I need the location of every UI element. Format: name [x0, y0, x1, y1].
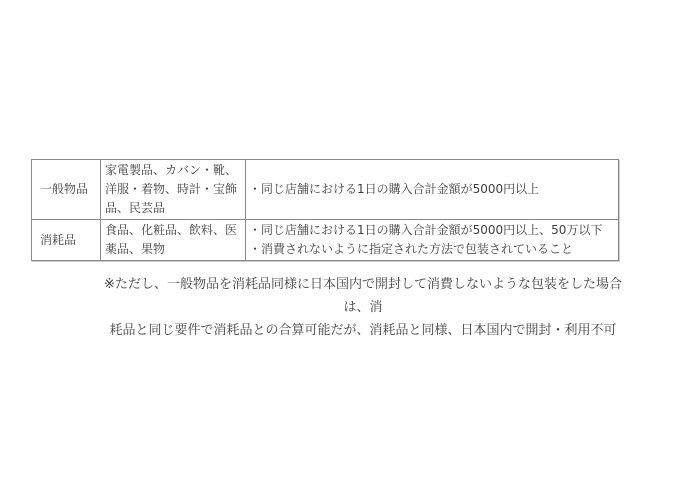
footnote-line-2: 耗品と同じ要件で消耗品との合算可能だが、消耗品と同様、日本国内で開封・利用不可: [98, 319, 628, 342]
table-row-consumables: 消耗品 食品、化粧品、飲料、医薬品、果物 ・同じ店舗における1日の購入合計金額が…: [32, 220, 619, 261]
condition-line: ・同じ店舗における1日の購入合計金額が5000円以上、50万以下: [249, 221, 614, 240]
footnote: ※ただし、一般物品を消耗品同様に日本国内で開封して消費しないような包装をした場合…: [98, 273, 628, 342]
items-cell: 家電製品、カバン・靴、洋服・着物、時計・宝飾品、民芸品: [101, 160, 246, 220]
items-cell: 食品、化粧品、飲料、医薬品、果物: [101, 220, 246, 261]
condition-line: ・消費されないように指定された方法で包装されていること: [249, 240, 614, 259]
category-cell: 一般物品: [32, 160, 101, 220]
document-page: 一般物品 家電製品、カバン・靴、洋服・着物、時計・宝飾品、民芸品 ・同じ店舗にお…: [0, 0, 686, 490]
tax-free-categories-table: 一般物品 家電製品、カバン・靴、洋服・着物、時計・宝飾品、民芸品 ・同じ店舗にお…: [31, 159, 619, 261]
footnote-line-1: ※ただし、一般物品を消耗品同様に日本国内で開封して消費しないような包装をした場合…: [98, 273, 628, 319]
conditions-cell: ・同じ店舗における1日の購入合計金額が5000円以上、50万以下 ・消費されない…: [246, 220, 619, 261]
conditions-cell: ・同じ店舗における1日の購入合計金額が5000円以上: [246, 160, 619, 220]
category-cell: 消耗品: [32, 220, 101, 261]
table-row-general-goods: 一般物品 家電製品、カバン・靴、洋服・着物、時計・宝飾品、民芸品 ・同じ店舗にお…: [32, 160, 619, 220]
condition-line: ・同じ店舗における1日の購入合計金額が5000円以上: [249, 180, 614, 199]
